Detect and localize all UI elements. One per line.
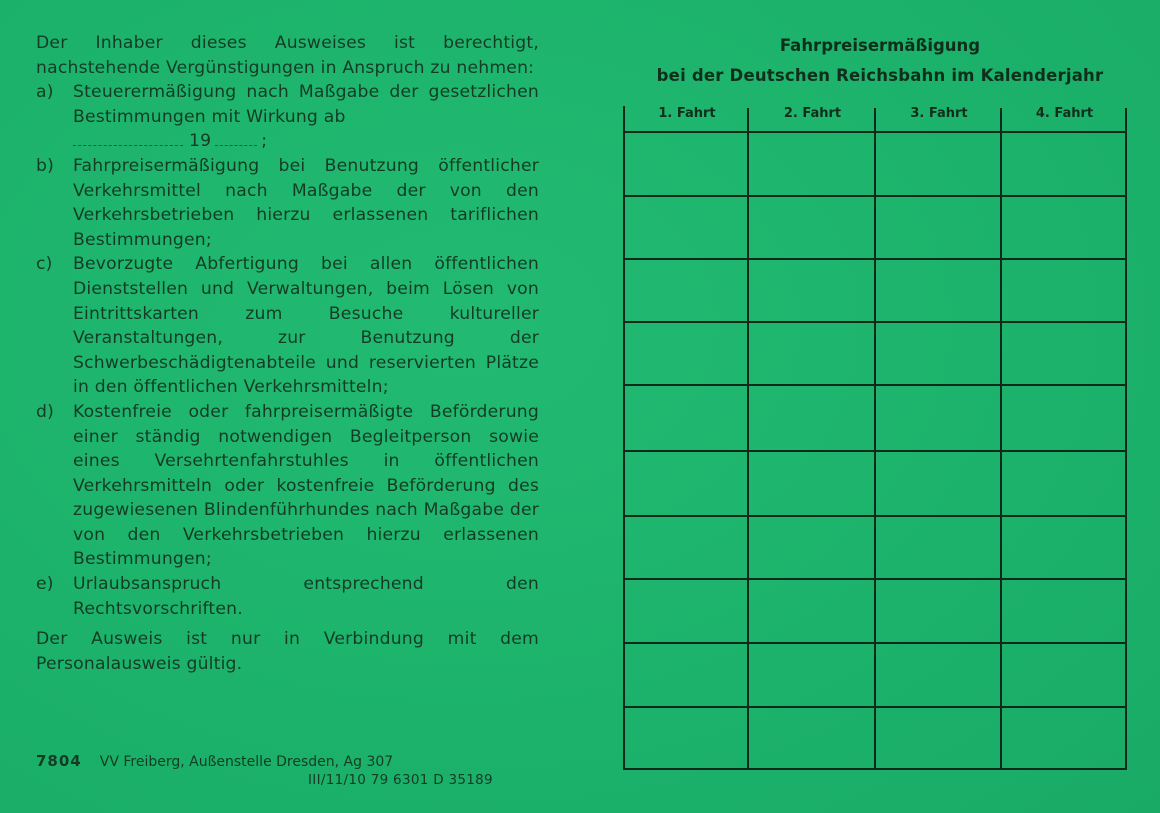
column-header-2: 2. Fahrt — [750, 106, 875, 121]
column-header-3: 3. Fahrt — [877, 106, 1001, 121]
row-divider — [624, 450, 1127, 452]
row-divider — [624, 578, 1127, 580]
trip-stamp-table: 1. Fahrt 2. Fahrt 3. Fahrt 4. Fahrt — [0, 0, 1160, 813]
table-border-bottom — [624, 768, 1127, 770]
column-divider — [874, 108, 876, 770]
column-header-1: 1. Fahrt — [626, 106, 748, 121]
column-header-4: 4. Fahrt — [1003, 106, 1126, 121]
row-divider — [624, 642, 1127, 644]
row-divider — [624, 195, 1127, 197]
column-divider — [1000, 108, 1002, 770]
row-divider — [624, 515, 1127, 517]
table-border-right — [1125, 108, 1127, 770]
row-divider — [624, 131, 1127, 133]
table-border-left — [623, 106, 625, 770]
row-divider — [624, 321, 1127, 323]
row-divider — [624, 258, 1127, 260]
id-card-back: Der Inhaber dieses Ausweises ist berecht… — [0, 0, 1160, 813]
row-divider — [624, 706, 1127, 708]
column-divider — [747, 108, 749, 770]
row-divider — [624, 384, 1127, 386]
